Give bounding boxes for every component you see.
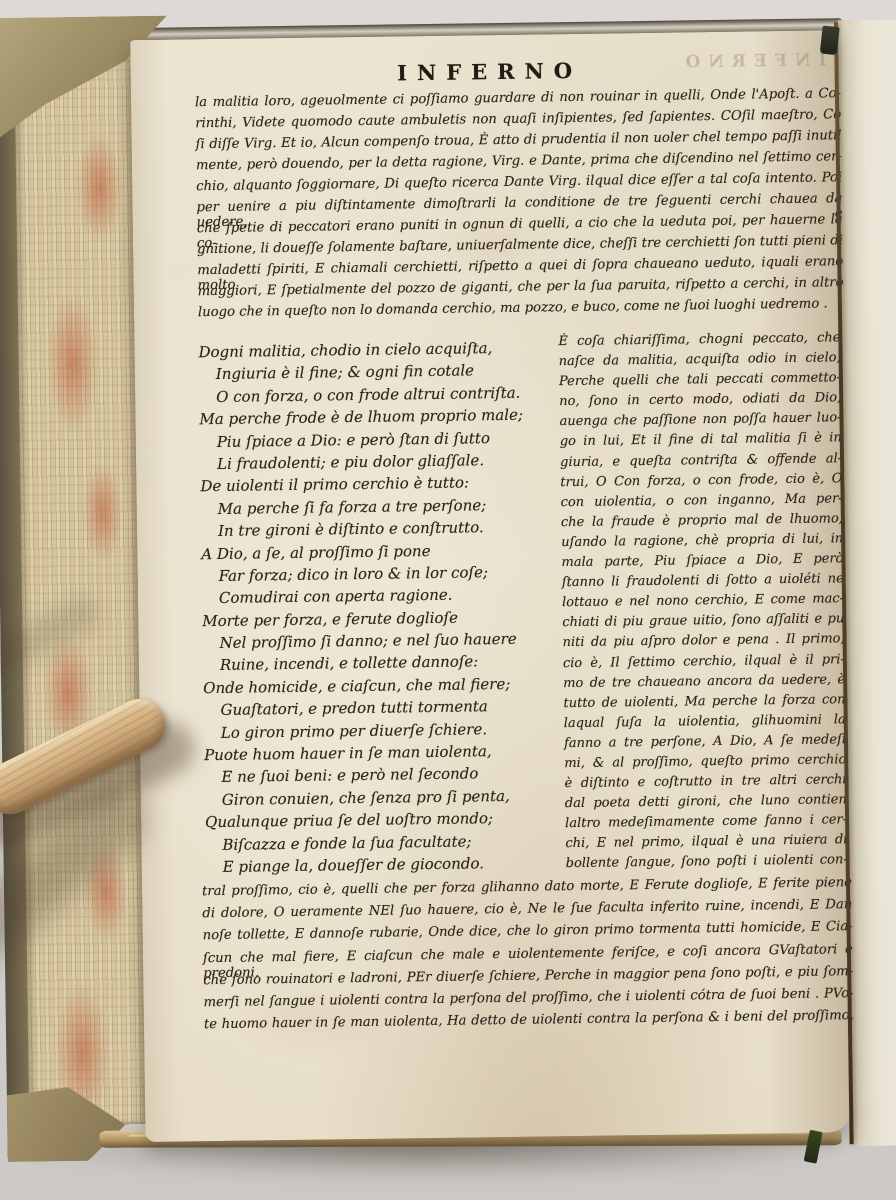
bookmark-clasp-top bbox=[820, 26, 840, 56]
open-book: INFERNO INFERNO la malitia loro, ageuolm… bbox=[0, 0, 896, 1200]
verse-line: E piange la, doueſſer de giocondo. bbox=[206, 853, 570, 880]
red-speckle bbox=[46, 293, 100, 434]
speckled-fore-edge bbox=[14, 42, 147, 1126]
red-speckle bbox=[82, 462, 123, 563]
text-line: bollente ſangue, ſono poſti i uiolenti c… bbox=[566, 853, 848, 877]
commentary-top-block: la malitia loro, ageuolmente ci poſſiamo… bbox=[195, 86, 844, 326]
book-photograph: INFERNO INFERNO la malitia loro, ageuolm… bbox=[0, 0, 896, 1200]
red-speckle bbox=[75, 132, 123, 243]
commentary-right-column: È coſa chiariſſima, chogni peccato, chen… bbox=[558, 330, 848, 876]
commentary-bottom-block: tral proſſimo, cio è, quelli che per for… bbox=[202, 875, 854, 1039]
book-page: INFERNO INFERNO la malitia loro, ageuolm… bbox=[130, 30, 853, 1142]
verse-column: Dogni malitia, chodio in cielo acquiſta,… bbox=[198, 338, 569, 880]
running-title-inferno: INFERNO bbox=[130, 54, 838, 89]
